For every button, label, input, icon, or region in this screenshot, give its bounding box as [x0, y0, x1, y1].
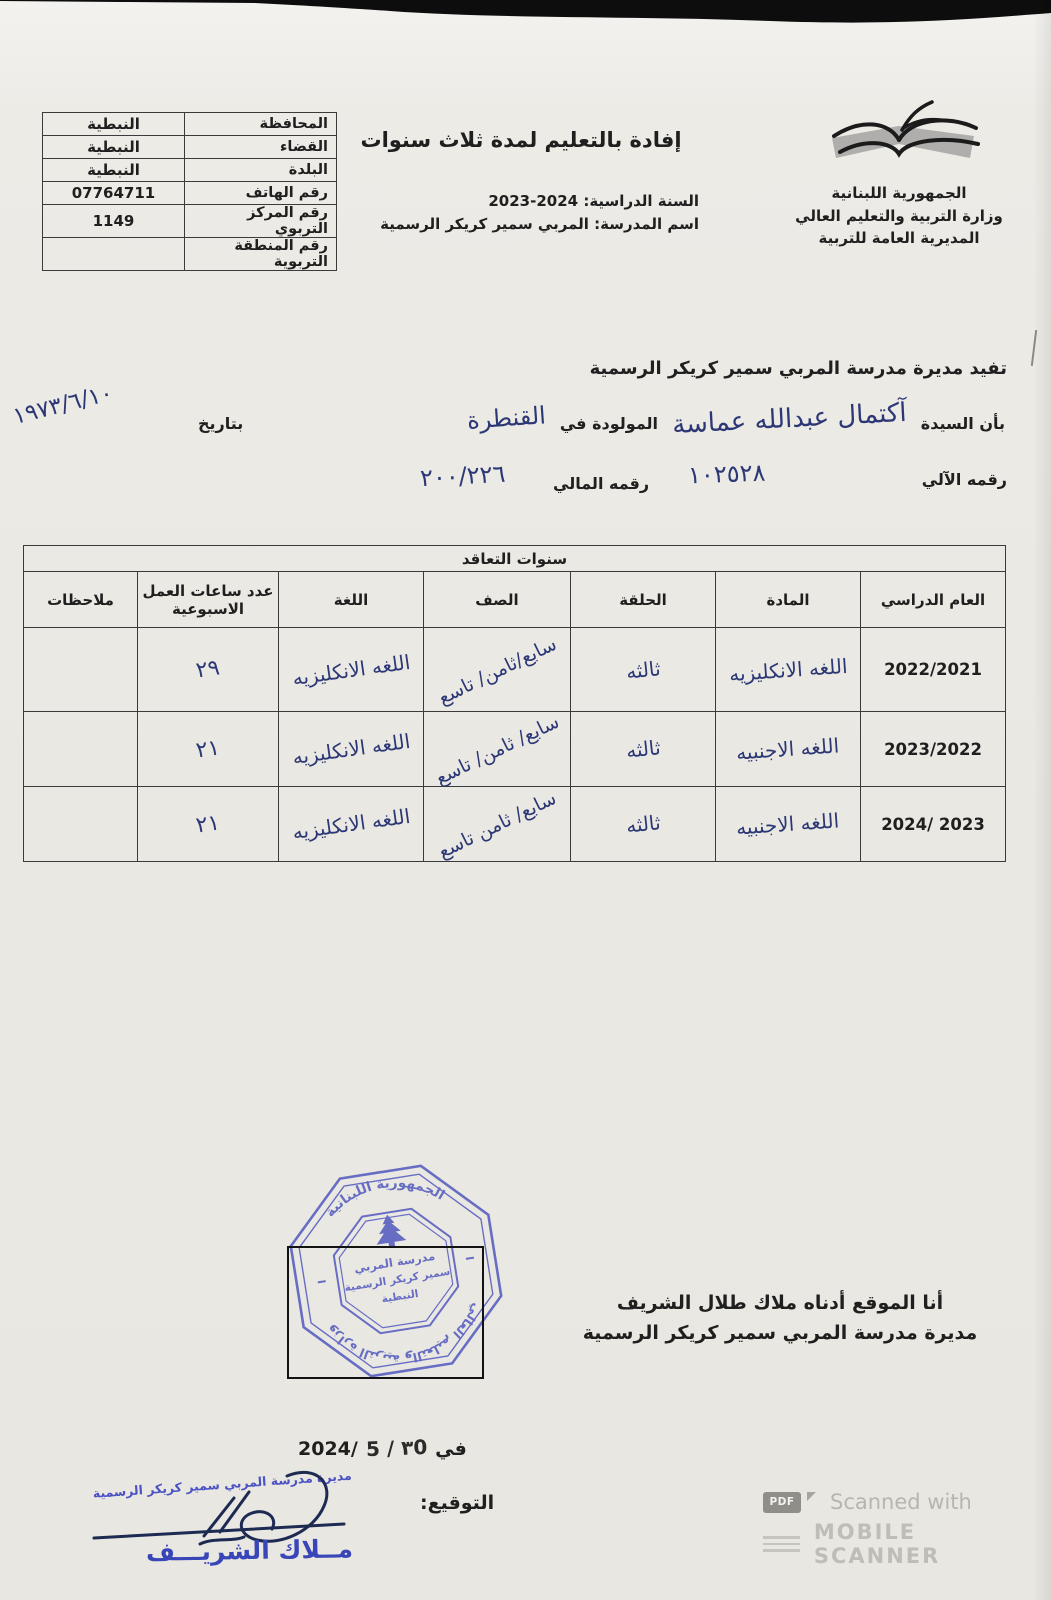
language-cell: اللغه الانكليزيه	[279, 787, 424, 862]
school-year-line: السنة الدراسية: 2023-2024	[339, 190, 699, 213]
table-row: رقم المركز التربوي 1149	[43, 205, 337, 238]
contract-table-title: سنوات التعاقد	[24, 546, 1006, 572]
notes-cell	[24, 787, 138, 862]
birthdate-handwritten: ١٩٧٣/٦/١٠	[10, 380, 115, 430]
school-year-label: السنة الدراسية:	[583, 192, 699, 210]
scan-edge-shade	[1033, 0, 1051, 1600]
info-value: النبطية	[43, 113, 185, 136]
info-value: النبطية	[43, 136, 185, 159]
issue-date-line: 2024/ 5 / ٣0 في	[298, 1436, 467, 1460]
madam-label: بأن السيدة	[921, 404, 1005, 433]
pdf-badge-icon: PDF	[763, 1492, 801, 1513]
col-header-cycle: الحلقة	[571, 572, 716, 628]
subject-cell: اللغه الاجنبيه	[716, 712, 861, 787]
birthplace-handwritten: القنطرة	[466, 401, 547, 434]
school-year-value: 2023-2024	[488, 192, 578, 210]
grade-cell: سابع/ثامن/ تاسع	[424, 628, 571, 712]
school-name-label: اسم المدرسة:	[594, 215, 699, 233]
info-label: المحافظة	[185, 113, 337, 136]
watermark-line-2: MOBILE SCANNER	[814, 1520, 1033, 1568]
table-row: رقم الهاتف 07764711	[43, 182, 337, 205]
col-header-subject: المادة	[716, 572, 861, 628]
col-header-hours: عدد ساعات العمل الاسبوعية	[138, 572, 279, 628]
grade-cell: سابع/ ثامن/ تاسع	[424, 712, 571, 787]
table-row: البلدة النبطية	[43, 159, 337, 182]
info-label: رقم الهاتف	[185, 182, 337, 205]
table-row: 2022/2021 اللغه الانكليزيه ثالثه سابع/ثا…	[24, 628, 1006, 712]
col-header-grade: الصف	[424, 572, 571, 628]
page-fold-icon	[807, 1492, 816, 1501]
info-value: النبطية	[43, 159, 185, 182]
year-cell: 2022/2021	[861, 628, 1006, 712]
table-row: القضاء النبطية	[43, 136, 337, 159]
language-cell: اللغه الانكليزيه	[279, 712, 424, 787]
signed-name-text: مــلاك الشريـــف	[146, 1534, 353, 1567]
cycle-cell: ثالثه	[571, 712, 716, 787]
document-subtitle: السنة الدراسية: 2023-2024 اسم المدرسة: ا…	[339, 190, 699, 237]
declaration-line-2: مديرة مدرسة المربي سمير كريكر الرسمية	[565, 1318, 995, 1348]
school-name-line: اسم المدرسة: المربي سمير كريكر الرسمية	[339, 213, 699, 236]
table-row: 2023/2022 اللغه الاجنبيه ثالثه سابع/ ثام…	[24, 712, 1006, 787]
watermark-row-1: PDF Scanned with	[763, 1490, 1033, 1514]
info-label: رقم المركز التربوي	[185, 205, 337, 238]
table-row: 2024/ 2023 اللغه الاجنبيه ثالثه سابع/ ثا…	[24, 787, 1006, 862]
hours-cell: ٢٩	[138, 628, 279, 712]
ministry-line-1: الجمهورية اللبنانية	[765, 182, 1033, 205]
issue-date-handwritten: 5 / ٣0	[365, 1435, 427, 1461]
col-header-language: اللغة	[279, 572, 424, 628]
notes-cell	[24, 712, 138, 787]
ministry-logo-icon	[814, 96, 984, 180]
born-label: المولودة في	[560, 404, 658, 433]
grade-cell: سابع/ ثامن تاسع	[424, 787, 571, 862]
cycle-cell: ثالثه	[571, 787, 716, 862]
col-header-year: العام الدراسي	[861, 572, 1006, 628]
cedar-icon	[372, 1212, 407, 1249]
hours-cell: ٢١	[138, 712, 279, 787]
teacher-name-handwritten: آكتمال عبدالله عماسة	[671, 398, 907, 440]
subject-cell: اللغه الانكليزيه	[716, 628, 861, 712]
declaration-line-1: أنا الموقع أدناه ملاك طلال الشريف	[565, 1288, 995, 1318]
cycle-cell: ثالثه	[571, 628, 716, 712]
info-value	[43, 238, 185, 271]
watermark-row-2: MOBILE SCANNER	[763, 1520, 1033, 1568]
scanner-watermark: PDF Scanned with MOBILE SCANNER	[763, 1490, 1033, 1568]
signature-label: التوقيع:	[420, 1492, 494, 1514]
info-label: البلدة	[185, 159, 337, 182]
info-label: رقم المنطقة التربوية	[185, 238, 337, 271]
school-name-value: المربي سمير كريكر الرسمية	[380, 215, 589, 233]
table-row: رقم المنطقة التربوية	[43, 238, 337, 271]
info-value: 1149	[43, 205, 185, 238]
table-row: المحافظة النبطية	[43, 113, 337, 136]
contract-years-table: سنوات التعاقد العام الدراسي المادة الحلق…	[23, 545, 1006, 862]
finance-number-label: رقمه المالي	[553, 474, 649, 493]
ministry-header: الجمهورية اللبنانية وزارة التربية والتعل…	[765, 96, 1033, 250]
issue-date-prefix: في	[435, 1438, 467, 1460]
issue-date-year: 2024/	[298, 1438, 358, 1460]
ministry-line-2: وزارة التربية والتعليم العالي	[765, 205, 1033, 228]
finance-number-handwritten: ٢٠٠/٢٢٦	[419, 460, 506, 492]
language-cell: اللغه الانكليزيه	[279, 628, 424, 712]
info-label: القضاء	[185, 136, 337, 159]
scan-black-rectangle	[287, 1246, 484, 1379]
auto-number-label: رقمه الآلي	[922, 470, 1007, 489]
scan-shadow-top	[0, 0, 1051, 42]
document-lines-icon	[763, 1536, 800, 1552]
table-header-row: العام الدراسي المادة الحلقة الصف اللغة ع…	[24, 572, 1006, 628]
subject-cell: اللغه الاجنبيه	[716, 787, 861, 862]
scanned-certificate-page: الجمهورية اللبنانية وزارة التربية والتعل…	[0, 0, 1051, 1600]
document-title: إفادة بالتعليم لمدة ثلاث سنوات	[336, 128, 706, 152]
hours-cell: ٢١	[138, 787, 279, 862]
birthdate-label: بتاريخ	[198, 414, 243, 433]
year-cell: 2024/ 2023	[861, 787, 1006, 862]
year-cell: 2023/2022	[861, 712, 1006, 787]
ministry-line-3: المديرية العامة للتربية	[765, 227, 1033, 250]
watermark-line-1: Scanned with	[830, 1490, 972, 1514]
col-header-notes: ملاحظات	[24, 572, 138, 628]
scan-artifact-line	[1031, 330, 1037, 366]
notes-cell	[24, 628, 138, 712]
declaration-block: أنا الموقع أدناه ملاك طلال الشريف مديرة …	[565, 1288, 995, 1349]
auto-number-handwritten: ١٠٢٥٢٨	[688, 459, 766, 490]
info-value: 07764711	[43, 182, 185, 205]
certification-intro: تفيد مديرة مدرسة المربي سمير كريكر الرسم…	[590, 358, 1007, 379]
certification-name-line: بأن السيدة آكتمال عبدالله عماسة المولودة…	[467, 404, 1005, 434]
school-info-table: المحافظة النبطية القضاء النبطية البلدة ا…	[42, 112, 337, 271]
table-title-row: سنوات التعاقد	[24, 546, 1006, 572]
